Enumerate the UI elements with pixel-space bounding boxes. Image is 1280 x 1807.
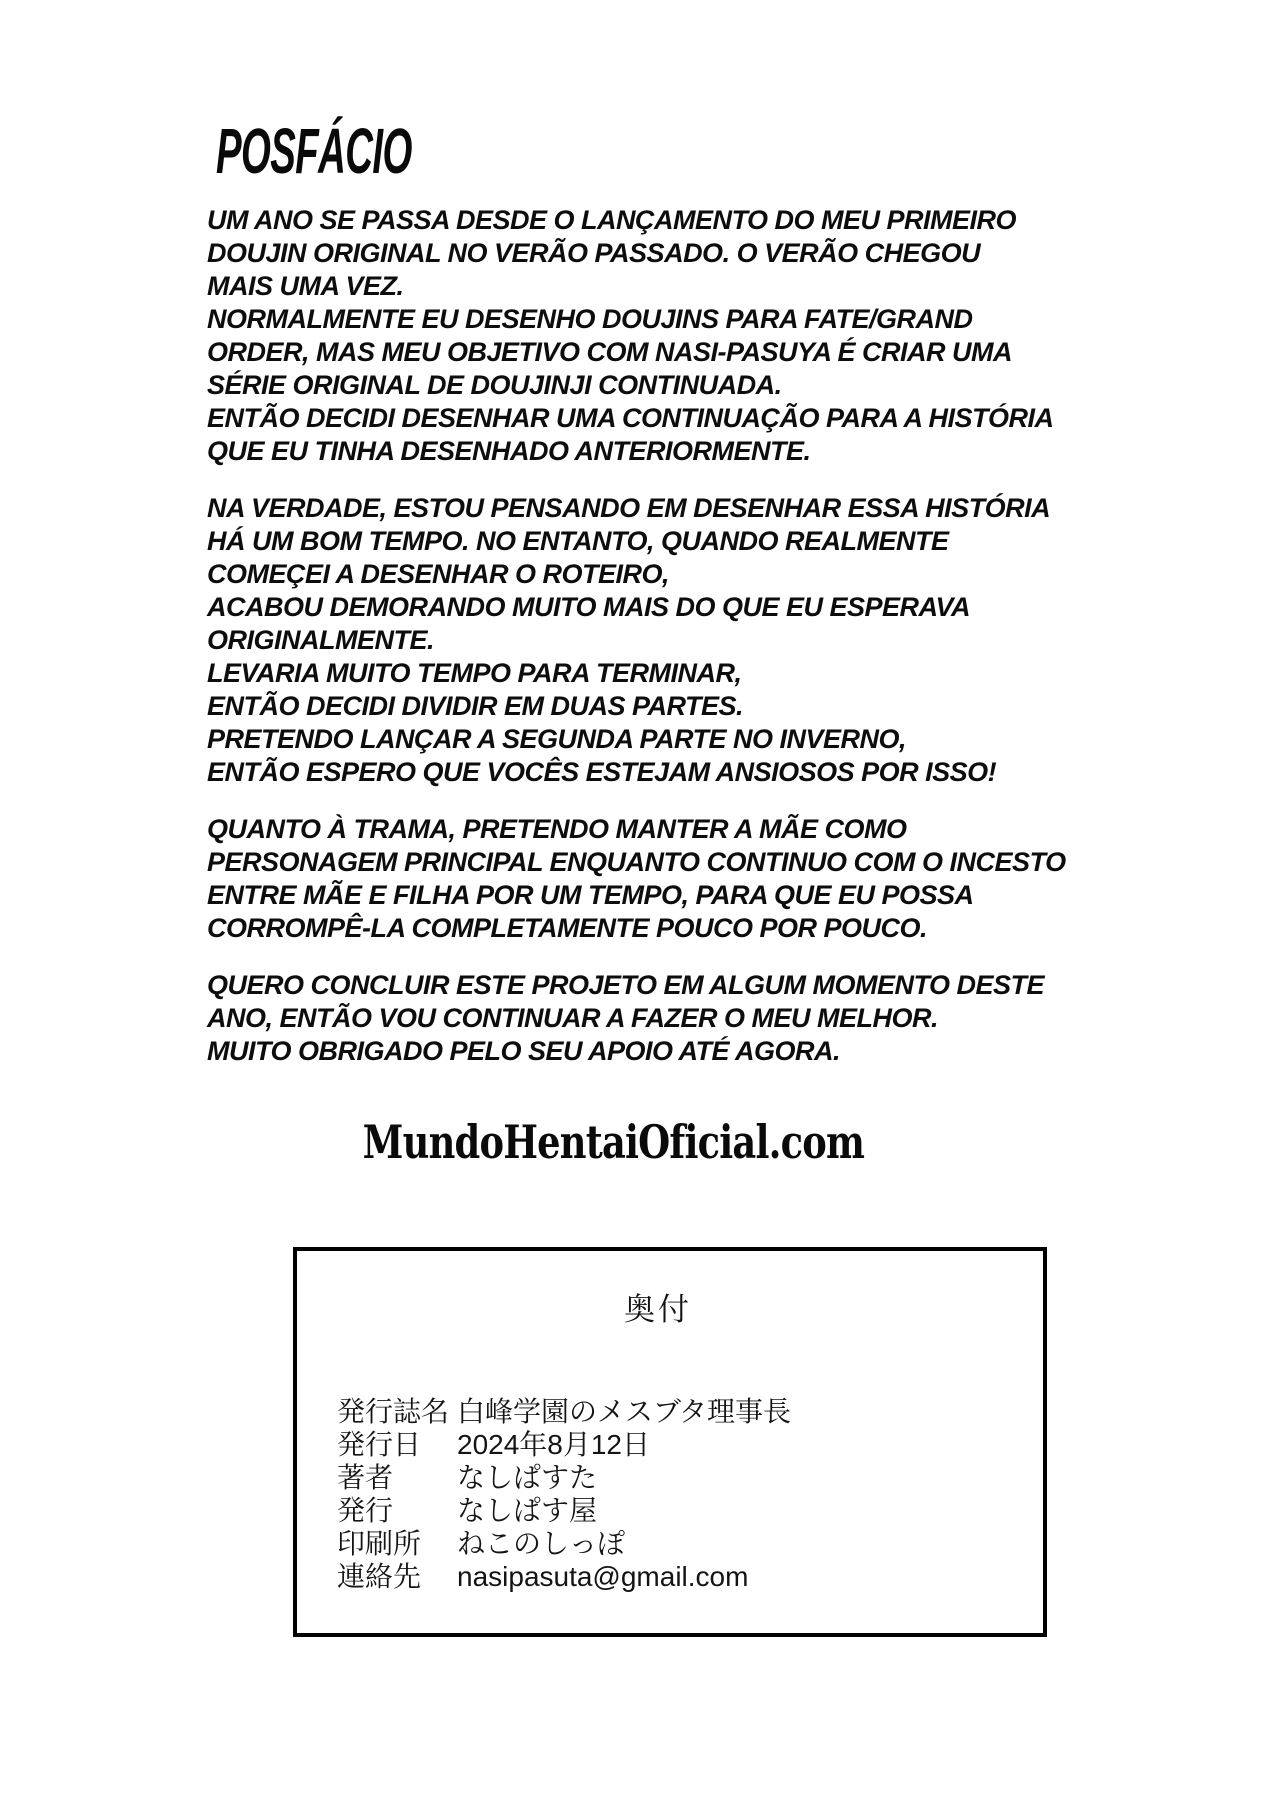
publication-date-value: 2024年8月12日	[457, 1428, 650, 1461]
colophon-row-author: 著者 なしぱすた	[337, 1461, 1043, 1494]
colophon-rows: 発行誌名 白峰学園のメスブタ理事長 発行日 2024年8月12日 著者 なしぱす…	[297, 1395, 1043, 1593]
author-label: 著者	[337, 1461, 457, 1494]
publication-name-label: 発行誌名	[337, 1395, 457, 1428]
contact-label: 連絡先	[337, 1560, 457, 1593]
printer-value: ねこのしっぽ	[457, 1527, 625, 1560]
publication-date-label: 発行日	[337, 1428, 457, 1461]
colophon-row-publication-name: 発行誌名 白峰学園のメスブタ理事長	[337, 1395, 1043, 1428]
paragraph-2: NA VERDADE, ESTOU PENSANDO EM DESENHAR E…	[207, 492, 1067, 789]
colophon-row-contact: 連絡先 nasipasuta@gmail.com	[337, 1560, 1043, 1593]
publisher-label: 発行	[337, 1494, 457, 1527]
watermark-row: MundoHentaiOficial.com	[0, 1116, 1226, 1180]
afterword-body: UM ANO SE PASSA DESDE O LANÇAMENTO DO ME…	[207, 204, 1067, 1092]
page-title: POSFÁCIO	[216, 114, 412, 188]
printer-label: 印刷所	[337, 1527, 457, 1560]
author-value: なしぱすた	[457, 1461, 597, 1494]
watermark-site-url: MundoHentaiOficial.com	[362, 1116, 863, 1168]
paragraph-1: UM ANO SE PASSA DESDE O LANÇAMENTO DO ME…	[207, 204, 1067, 468]
colophon-heading: 奥付	[297, 1251, 1043, 1327]
publication-name-value: 白峰学園のメスブタ理事長	[457, 1395, 791, 1428]
colophon-row-publication-date: 発行日 2024年8月12日	[337, 1428, 1043, 1461]
colophon-box: 奥付 発行誌名 白峰学園のメスブタ理事長 発行日 2024年8月12日 著者 な…	[293, 1247, 1047, 1637]
publisher-value: なしぱす屋	[457, 1494, 597, 1527]
afterword-page: POSFÁCIO UM ANO SE PASSA DESDE O LANÇAME…	[0, 0, 1280, 1807]
paragraph-3: QUANTO À TRAMA, PRETENDO MANTER A MÃE CO…	[207, 813, 1067, 945]
contact-email: nasipasuta@gmail.com	[457, 1560, 748, 1593]
paragraph-4: QUERO CONCLUIR ESTE PROJETO EM ALGUM MOM…	[207, 969, 1067, 1068]
colophon-row-printer: 印刷所 ねこのしっぽ	[337, 1527, 1043, 1560]
colophon-row-publisher: 発行 なしぱす屋	[337, 1494, 1043, 1527]
